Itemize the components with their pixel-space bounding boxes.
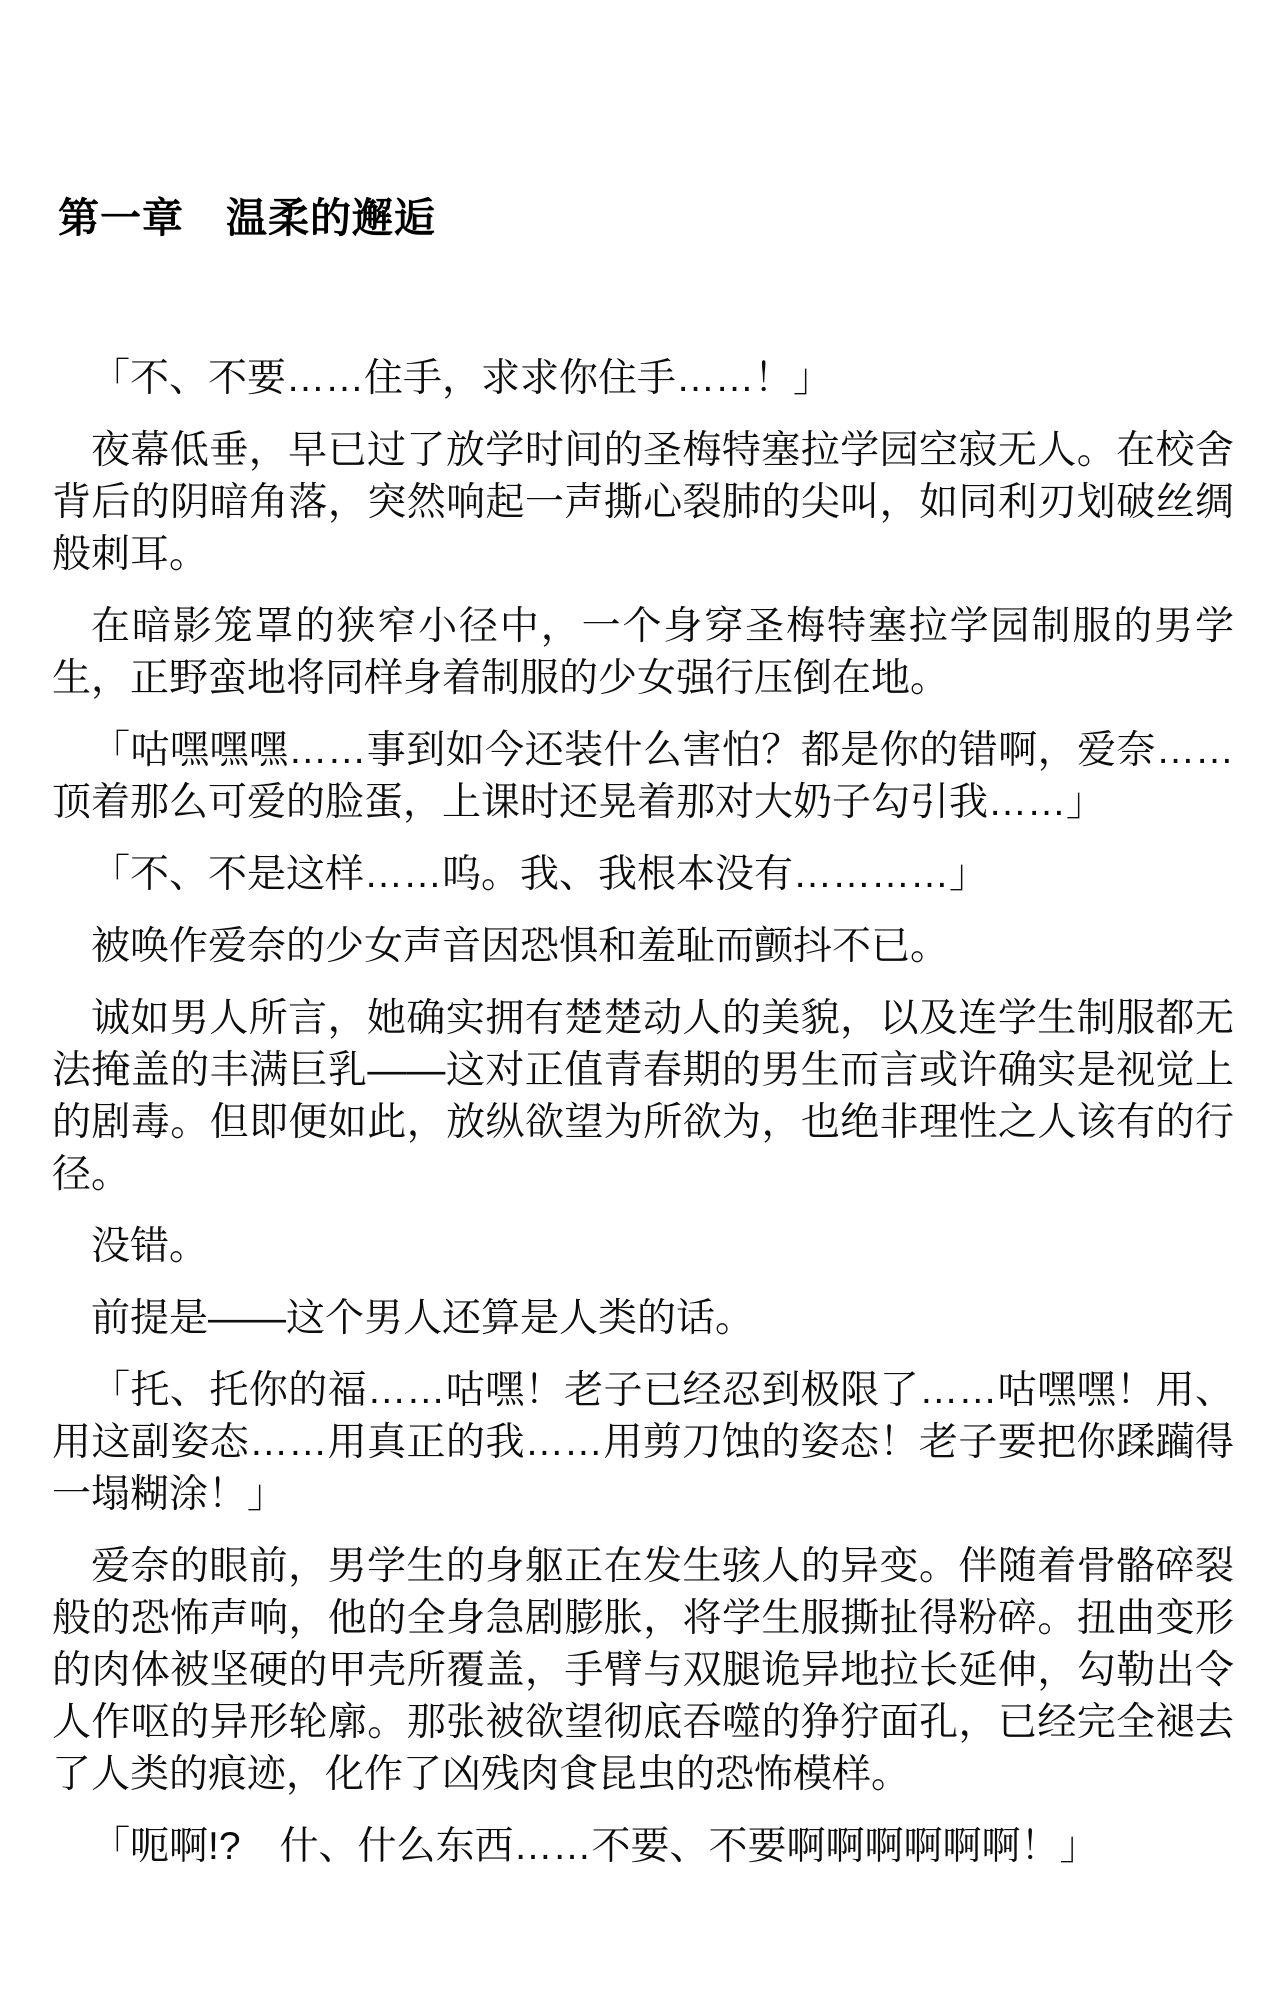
- body-paragraph-narration: 被唤作爱奈的少女声音因恐惧和羞耻而颤抖不已。: [52, 921, 1234, 973]
- body-paragraph-dialogue: 「不、不要……住手，求求你住手……！」: [52, 353, 1234, 405]
- novel-page: 第一章 温柔的邂逅 「不、不要……住手，求求你住手……！」夜幕低垂，早已过了放学…: [0, 0, 1280, 1998]
- chapter-title: 第一章 温柔的邂逅: [58, 196, 1234, 241]
- body-paragraph-narration: 在暗影笼罩的狭窄小径中，一个身穿圣梅特塞拉学园制服的男学生，正野蛮地将同样身着制…: [52, 601, 1234, 705]
- body-paragraph-narration: 夜幕低垂，早已过了放学时间的圣梅特塞拉学园空寂无人。在校舍背后的阴暗角落，突然响…: [52, 425, 1234, 581]
- body-paragraph-dialogue: 「托、托你的福……咕嘿！老子已经忍到极限了……咕嘿嘿！用、用这副姿态……用真正的…: [52, 1365, 1234, 1521]
- body-paragraph-dialogue: 「呃啊!? 什、什么东西……不要、不要啊啊啊啊啊啊！」: [52, 1821, 1234, 1873]
- chapter-body: 「不、不要……住手，求求你住手……！」夜幕低垂，早已过了放学时间的圣梅特塞拉学园…: [52, 353, 1234, 1873]
- body-paragraph-narration: 没错。: [52, 1221, 1234, 1273]
- body-paragraph-narration: 爱奈的眼前，男学生的身躯正在发生骇人的异变。伴随着骨骼碎裂般的恐怖声响，他的全身…: [52, 1541, 1234, 1801]
- body-paragraph-dialogue: 「不、不是这样……呜。我、我根本没有…………」: [52, 849, 1234, 901]
- body-paragraph-narration: 前提是——这个男人还算是人类的话。: [52, 1293, 1234, 1345]
- body-paragraph-dialogue: 「咕嘿嘿嘿……事到如今还装什么害怕？都是你的错啊，爱奈……顶着那么可爱的脸蛋，上…: [52, 725, 1234, 829]
- body-paragraph-narration: 诚如男人所言，她确实拥有楚楚动人的美貌，以及连学生制服都无法掩盖的丰满巨乳——这…: [52, 993, 1234, 1201]
